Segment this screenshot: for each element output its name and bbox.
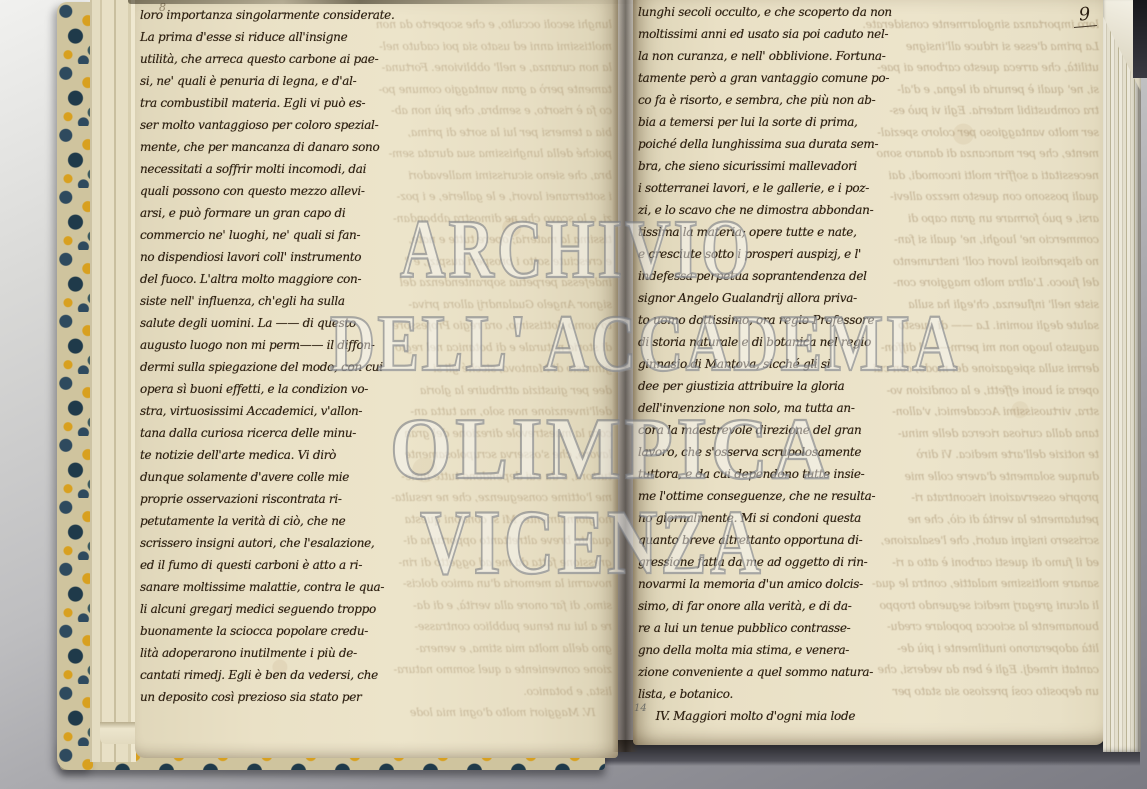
- scanner-dark-corner: [1133, 0, 1147, 78]
- scanned-book-spread: lunghi secoli occulto, e che scoperto da…: [0, 0, 1147, 789]
- right-manuscript-page: loro importanza singolarmente considerat…: [633, 0, 1105, 745]
- marbled-cover-edge: [57, 2, 93, 770]
- left-manuscript-page: lunghi secoli occulto, e che scoperto da…: [135, 0, 618, 758]
- book-gutter-fold: [612, 0, 638, 752]
- book-top-edge-shadow: [128, 0, 643, 4]
- right-page-handwritten-text: lunghi secoli occulto, e che scoperto da…: [638, 1, 913, 727]
- left-page-stack-edges: [90, 0, 136, 762]
- left-page-handwritten-text: loro importanza singolarmente considerat…: [140, 4, 425, 708]
- page-number: 9: [1072, 3, 1097, 28]
- fore-edge-page-stack: [1103, 0, 1141, 752]
